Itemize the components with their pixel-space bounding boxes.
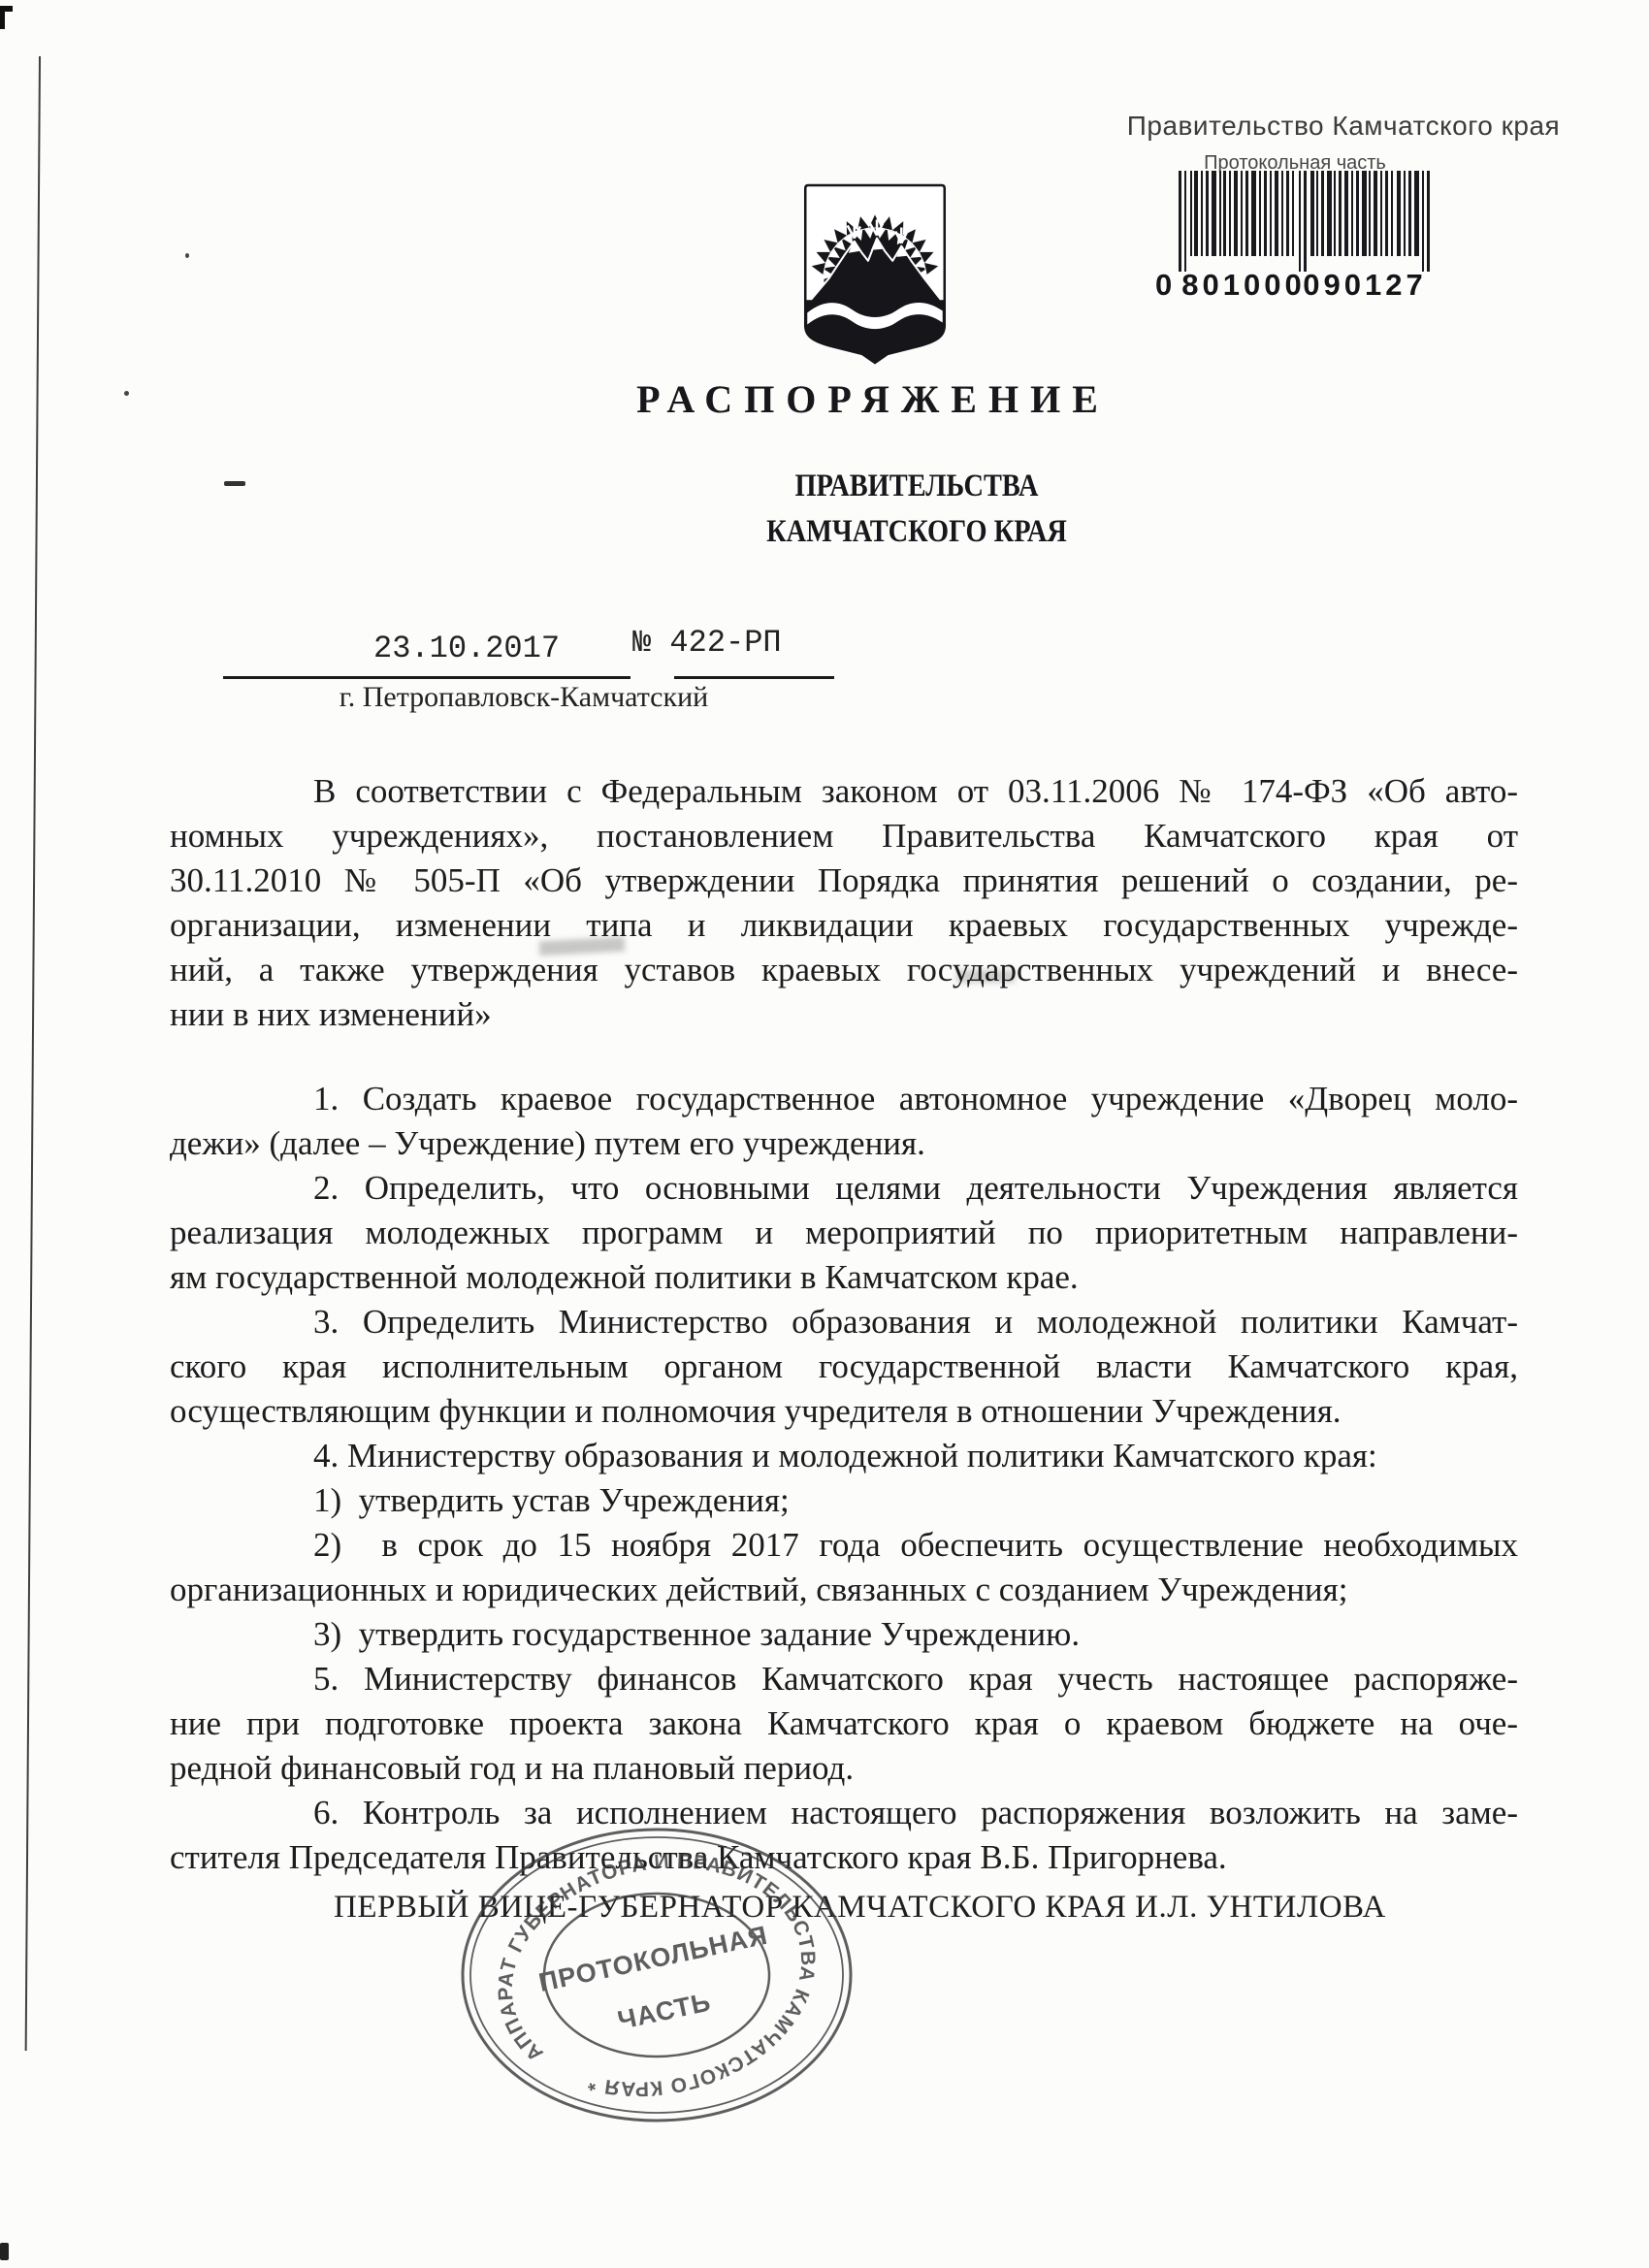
kamchatka-coat-of-arms-icon: [801, 182, 949, 365]
body-line: 2) в срок до 15 ноября 2017 года обеспеч…: [170, 1523, 1518, 1568]
scanned-document-page: Правительство Камчатского края Протоколь…: [0, 0, 1649, 2268]
body-line: организации, изменении типа и ликвидации…: [170, 903, 1518, 948]
body-line: 30.11.2010 № 505-П «Об утверждении Поряд…: [170, 859, 1518, 903]
issuing-organization: Правительство Камчатского края: [1115, 111, 1571, 142]
protocol-department-stamp: АППАРАТ ГУБЕРНАТОРА И ПРАВИТЕЛЬСТВА КАМЧ…: [448, 1822, 865, 2134]
scan-artifact-dash: [224, 481, 245, 486]
scan-artifact-dot: [185, 253, 189, 258]
barcode-digits-group2: 090127: [1303, 268, 1426, 301]
body-line: реализация молодежных программ и меропри…: [170, 1211, 1518, 1255]
document-type-title: РАСПОРЯЖЕНИЕ: [485, 376, 1261, 422]
body-line: 3) утвердить государственное задание Учр…: [170, 1612, 1518, 1657]
body-line: 5. Министерству финансов Камчатского кра…: [170, 1657, 1518, 1701]
date-underline: [223, 676, 630, 679]
stamp-center-line1: ПРОТОКОЛЬНАЯ: [536, 1921, 770, 1997]
body-line: организационных и юридических действий, …: [170, 1568, 1518, 1612]
body-line: редной финансовый год и на плановый пери…: [170, 1746, 1518, 1791]
body-line: нии в них изменений»: [170, 992, 1518, 1037]
barcode-digits-group1: 801000: [1181, 268, 1305, 301]
body-line: 3. Определить Министерство образования и…: [170, 1300, 1518, 1345]
body-line: В соответствии с Федеральным законом от …: [170, 769, 1518, 814]
stamp-center-line2: ЧАСТЬ: [615, 1987, 714, 2035]
scan-artifact-corner-mark: [0, 2243, 9, 2260]
scan-artifact-left-line: [25, 56, 41, 2051]
body-line: 4. Министерству образования и молодежной…: [170, 1434, 1518, 1478]
body-line: ям государственной молодежной политики в…: [170, 1255, 1518, 1300]
operative-paragraphs: 1. Создать краевое государственное автон…: [170, 1077, 1518, 1880]
scan-artifact-corner-mark: [0, 6, 5, 29]
issuing-body-line2: КАМЧАТСКОГО КРАЯ: [583, 509, 1250, 555]
body-line: ского края исполнительным органом госуда…: [170, 1345, 1518, 1389]
body-line: номных учреждениях», постановлением Прав…: [170, 814, 1518, 859]
body-line: 2. Определить, что основными целями деят…: [170, 1166, 1518, 1211]
number-underline: [674, 676, 834, 679]
barcode: 0 801000 090127: [1149, 171, 1440, 301]
body-line: осуществляющим функции и полномочия учре…: [170, 1389, 1518, 1434]
body-line: ние при подготовке проекта закона Камчат…: [170, 1701, 1518, 1746]
issuing-body-title: ПРАВИТЕЛЬСТВА КАМЧАТСКОГО КРАЯ: [583, 464, 1250, 555]
scan-artifact-dot: [124, 391, 129, 396]
city-line: г. Петропавловск-Камчатский: [291, 681, 757, 714]
document-date: 23.10.2017: [373, 631, 560, 666]
preamble-paragraph: В соответствии с Федеральным законом от …: [170, 769, 1518, 1037]
body-line: ний, а также утверждения уставов краевых…: [170, 948, 1518, 992]
body-line: 1. Создать краевое государственное автон…: [170, 1077, 1518, 1121]
body-line: 1) утвердить устав Учреждения;: [170, 1478, 1518, 1523]
document-number: № 422-РП: [632, 625, 782, 661]
body-line: дежи» (далее – Учреждение) путем его учр…: [170, 1121, 1518, 1166]
barcode-digit-left: 0: [1155, 268, 1176, 301]
issuing-body-line1: ПРАВИТЕЛЬСТВА: [583, 464, 1250, 509]
